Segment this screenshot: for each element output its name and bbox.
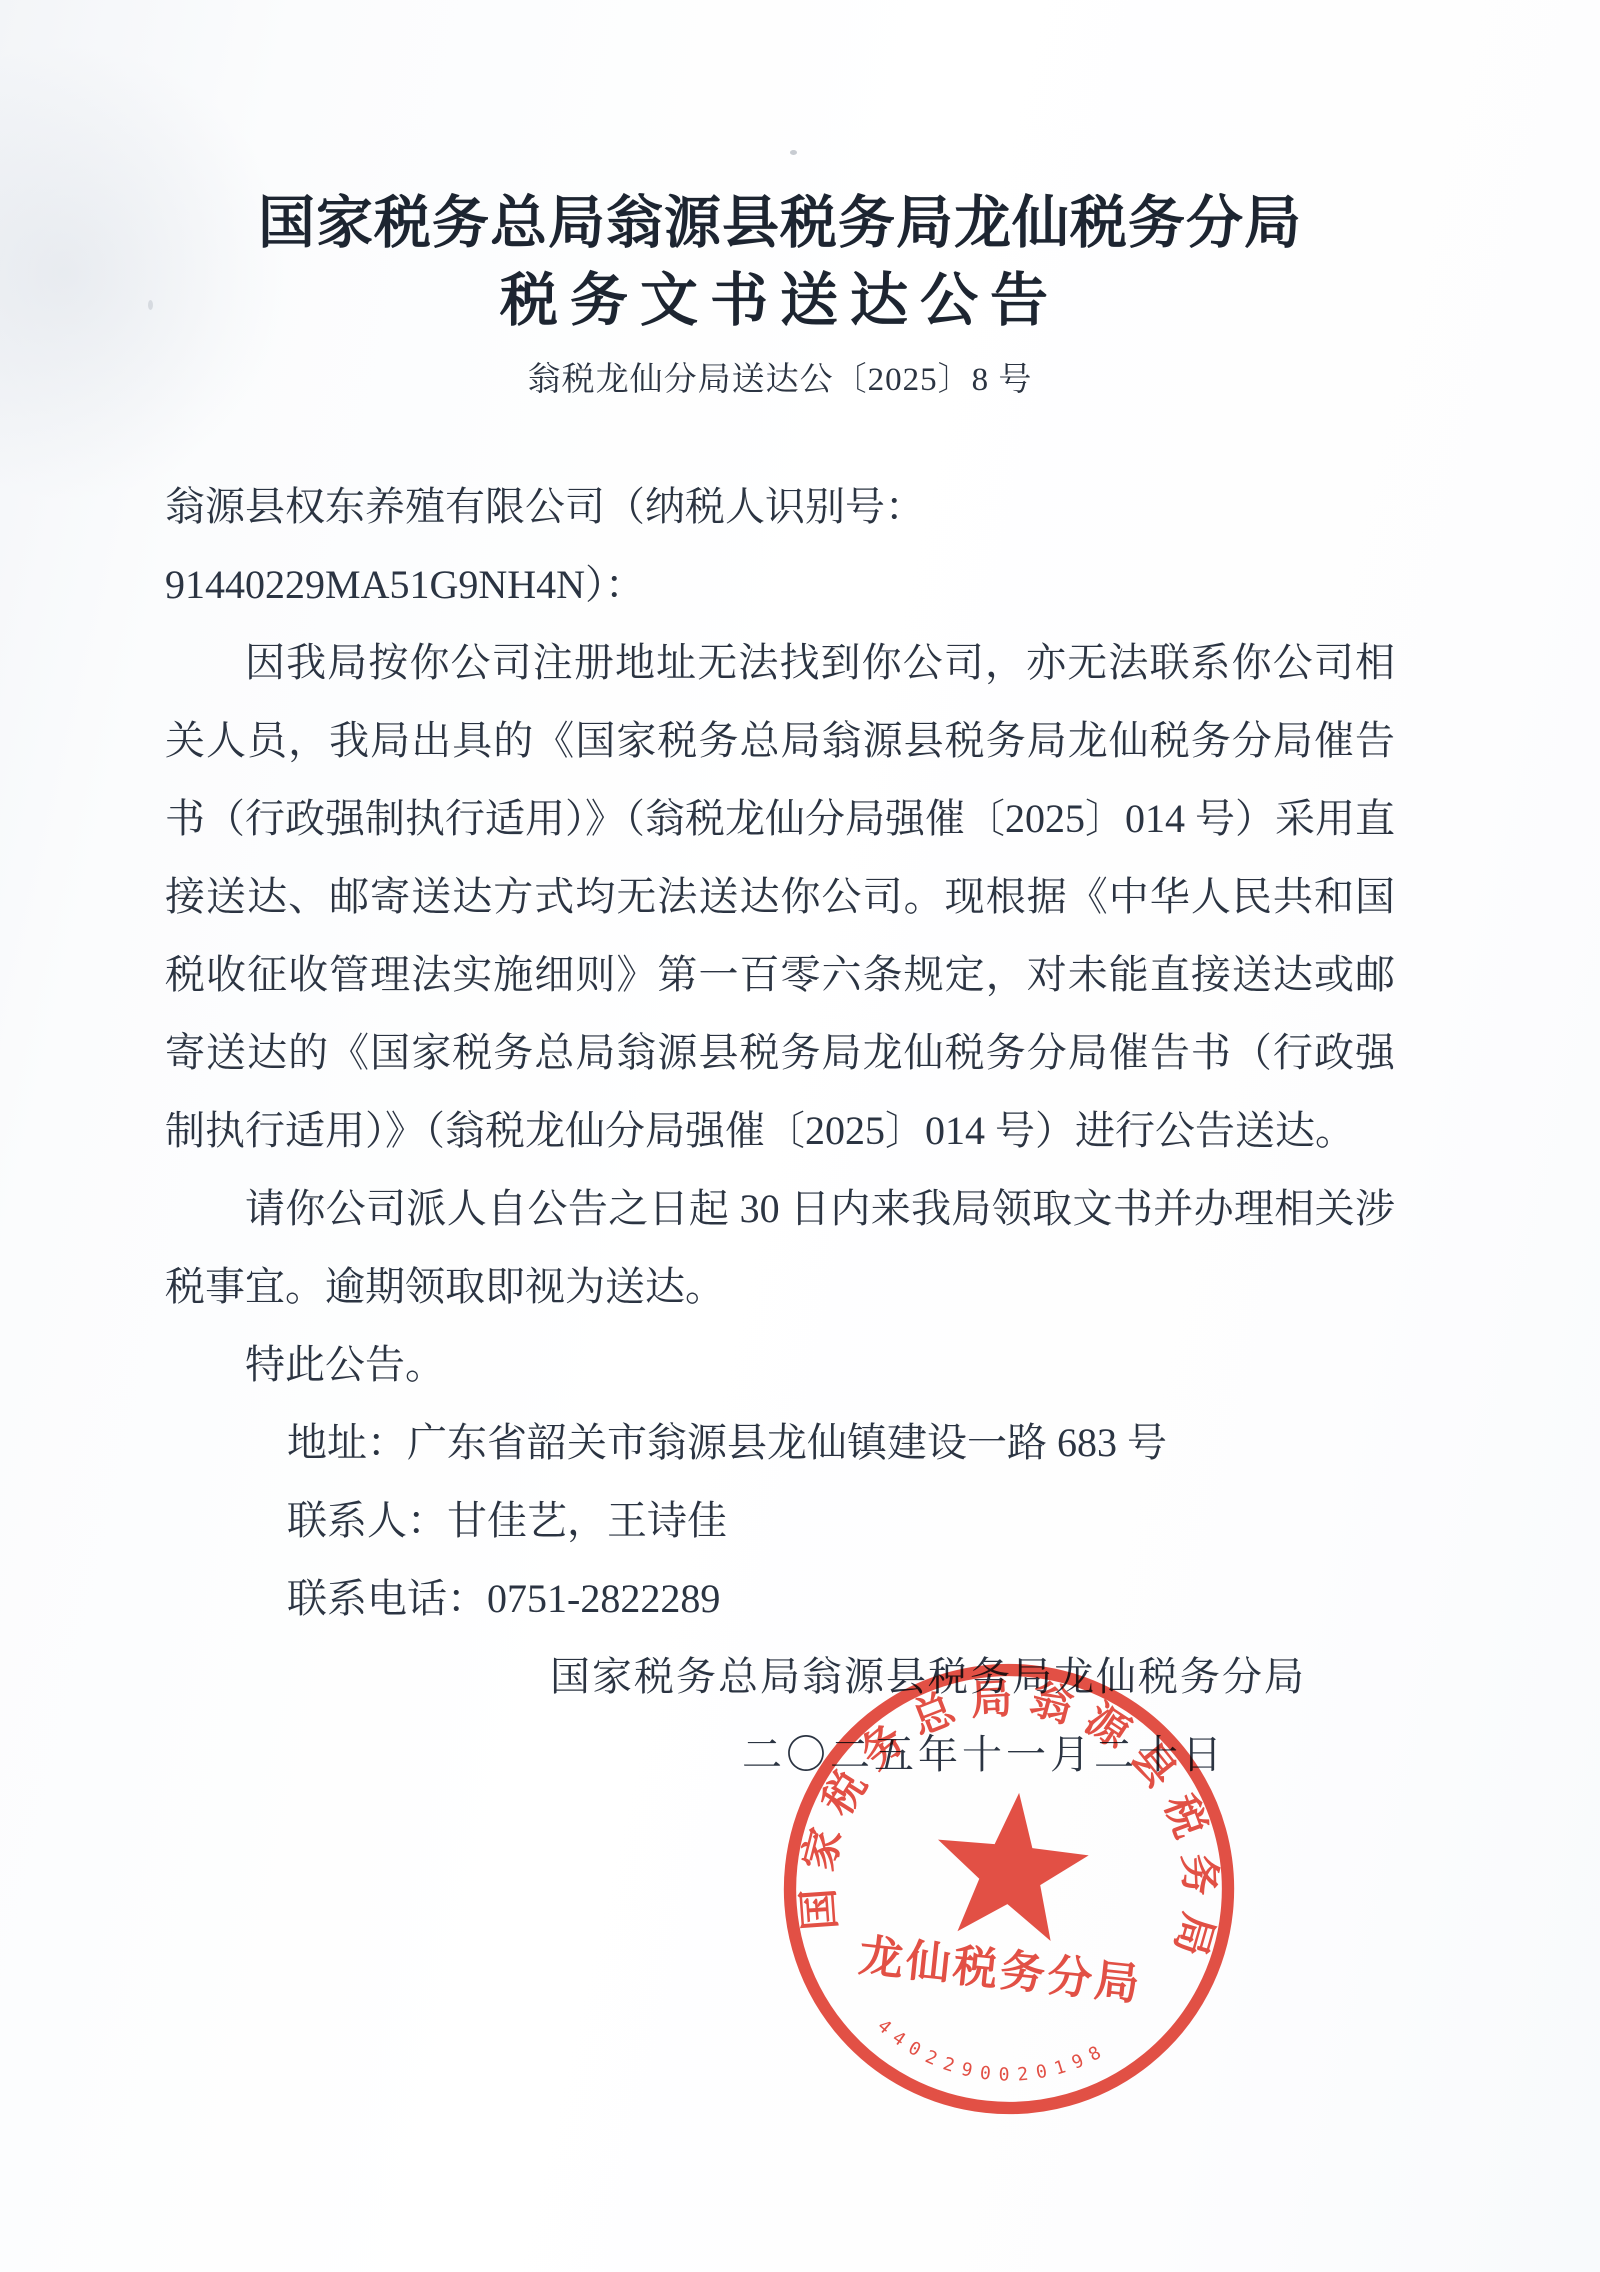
recipient-name-line: 翁源县权东养殖有限公司（纳税人识别号： (165, 468, 1395, 546)
scan-artifact-speck (790, 150, 797, 155)
document-title-line1: 国家税务总局翁源县税务局龙仙税务分局 (165, 186, 1395, 262)
signature-agency: 国家税务总局翁源县税务局龙仙税务分局 (550, 1638, 1395, 1716)
seal-code-text: 4402290020198 (869, 2014, 1114, 2097)
seal-branch-text: 龙仙税务分局 (856, 1931, 1144, 2010)
body-paragraph-3: 特此公告。 (165, 1326, 1395, 1404)
document-title-line2: 税务文书送达公告 (165, 262, 1395, 340)
scan-artifact-speck (148, 300, 153, 310)
notice-page: 国家税务总局翁源县税务局龙仙税务分局 税务文书送达公告 翁税龙仙分局送达公〔20… (0, 0, 1600, 2272)
contact-person: 联系人：甘佳艺，王诗佳 (287, 1482, 1395, 1560)
contact-phone: 联系电话：0751-2822289 (287, 1560, 1395, 1638)
seal-star-icon (929, 1785, 1095, 1944)
signature-date: 二〇二五年十一月二十日 (742, 1716, 1395, 1794)
body-paragraph-1: 因我局按你公司注册地址无法找到你公司，亦无法联系你公司相关人员，我局出具的《国家… (165, 624, 1395, 1170)
notice-text-block: 翁源县权东养殖有限公司（纳税人识别号： 91440229MA51G9NH4N）：… (165, 468, 1395, 1794)
body-paragraph-2: 请你公司派人自公告之日起 30 日内来我局领取文书并办理相关涉税事宜。逾期领取即… (165, 1170, 1395, 1326)
document-body: 国家税务总局翁源县税务局龙仙税务分局 税务文书送达公告 翁税龙仙分局送达公〔20… (165, 186, 1395, 1794)
document-number: 翁税龙仙分局送达公〔2025〕8 号 (165, 354, 1395, 406)
taxpayer-id-line: 91440229MA51G9NH4N）： (165, 546, 1395, 624)
contact-address: 地址：广东省韶关市翁源县龙仙镇建设一路 683 号 (287, 1404, 1395, 1482)
